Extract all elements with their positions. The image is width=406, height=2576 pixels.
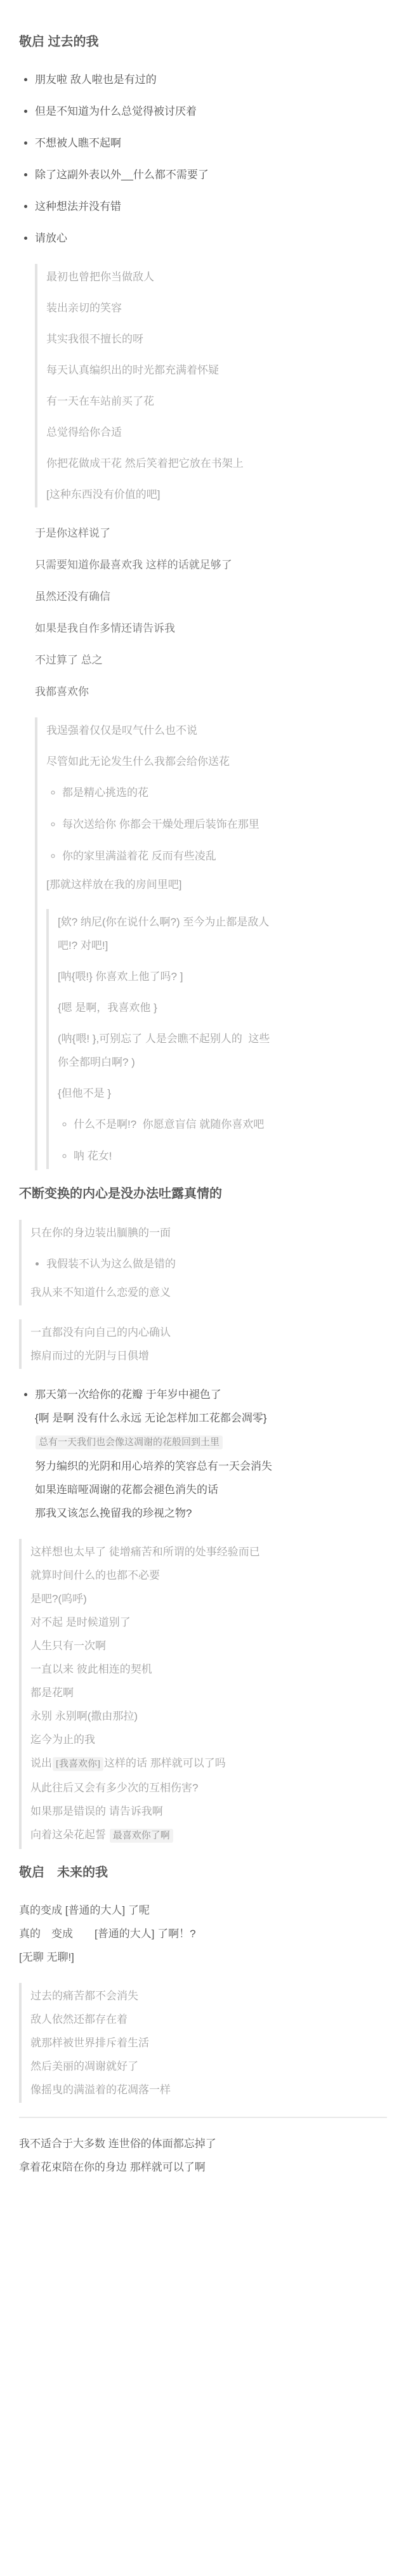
bullet-list: 都是精心挑选的花每次送给你 你都会干燥处理后装饰在那里你的家里满溢着花 反而有些…: [46, 781, 383, 868]
text-run: 尽管如此无论发生什么我都会给你送花: [46, 755, 230, 768]
text-run: 吧!? 对吧!]: [58, 939, 108, 951]
quote-paragraph: 最初也曾把你当做敌人: [46, 265, 383, 289]
text-run: 对不起 是时候道别了: [30, 1616, 131, 1628]
list-item: 你的家里满溢着花 反而有些凌乱: [62, 844, 383, 868]
text-run: {嗯 是啊，我喜欢他 }: [58, 1002, 157, 1014]
text-run: 一直以来 彼此相连的契机: [30, 1663, 152, 1675]
text-run: [无聊 无聊!]: [19, 1951, 74, 1963]
text-run: 人生只有一次啊: [30, 1640, 106, 1652]
text-run: 就那样被世界排斥着生活: [30, 2037, 149, 2049]
divider: [19, 2117, 387, 2118]
text-run: 我从来不知道什么恋爱的意义: [30, 1286, 171, 1298]
list-item: 朋友啦 敌人啦也是有过的: [35, 68, 387, 91]
text-run: 努力编织的光阴和用心培养的笑容总有一天会消失: [35, 1460, 272, 1472]
quote-block: 这样想也太早了 徒增痛苦和所谓的处事经验而已就算时间什么的也都不必要是吧?(呜呼…: [19, 1539, 387, 1849]
text-run: [那就这样放在我的房间里吧]: [46, 879, 181, 891]
text-run: [呐{喂!} 你喜欢上他了吗? ]: [58, 971, 183, 983]
paragraph: 真的变成 [普通的大人] 了呢真的 变成 [普通的大人] 了啊！?[无聊 无聊!…: [19, 1899, 387, 1969]
quote-block: 只在你的身边装出腼腆的一面我假装不认为这么做是错的我从来不知道什么恋爱的意义: [19, 1220, 387, 1305]
section-heading: 敬启 过去的我: [19, 32, 387, 51]
text-run: 其实我很不擅长的呀: [46, 333, 143, 345]
text-run: 如果是我自作多情还请告诉我: [35, 622, 175, 634]
bullet-list: 什么不是啊!? 你愿意盲信 就随你喜欢吧呐 花女!: [58, 1113, 379, 1168]
text-run: 过去的痛苦都不会消失: [30, 1990, 138, 2002]
list-item: 不想被人瞧不起啊: [35, 131, 387, 155]
quote-block: 最初也曾把你当做敌人装出亲切的笑容其实我很不擅长的呀每天认真编织出的时光都充满着…: [35, 264, 387, 507]
quote-paragraph: [欸? 纳尼(你在说什么啊?) 至今为止都是敌人吧!? 对吧!]: [58, 910, 379, 957]
text-run: 那天第一次给你的花瓣 于年岁中褪色了: [35, 1389, 221, 1401]
text-run: 都是精心挑选的花: [62, 787, 148, 799]
inline-code: 总有一天我们也会像这凋谢的花般回到土里: [36, 1435, 223, 1449]
quote-paragraph: 我逞强着仅仅是叹气什么也不说: [46, 719, 383, 742]
document-page: { "page_title": "敬启 过去的我", "palette": { …: [0, 0, 406, 2576]
text-run: 向着这朵花起誓: [30, 1829, 109, 1841]
paragraph: 只需要知道你最喜欢我 这样的话就足够了: [35, 553, 387, 577]
text-run: {啊 是啊 没有什么永远 无论怎样加工花都会凋零}: [35, 1412, 267, 1424]
text-run: 如果连暗哑凋谢的花都会褪色消失的话: [35, 1484, 218, 1496]
quote-paragraph: 你把花做成干花 然后笑着把它放在书架上: [46, 452, 383, 475]
text-run: 然后美丽的凋谢就好了: [30, 2060, 138, 2072]
text-run: 我逞强着仅仅是叹气什么也不说: [46, 724, 197, 736]
quote-block: 我逞强着仅仅是叹气什么也不说尽管如此无论发生什么我都会给你送花都是精心挑选的花每…: [35, 717, 387, 1170]
quote-paragraph: 一直都没有向自己的内心确认擦肩而过的光阴与日俱增: [30, 1321, 383, 1368]
bullet-list: 朋友啦 敌人啦也是有过的但是不知道为什么总觉得被讨厌着不想被人瞧不起啊除了这副外…: [19, 68, 387, 250]
quote-paragraph: (呐{喂! },可别忘了 人是会瞧不起别人的 这些你全都明白啊? ): [58, 1027, 379, 1074]
article: 敬启 过去的我朋友啦 敌人啦也是有过的但是不知道为什么总觉得被讨厌着不想被人瞧不…: [0, 0, 406, 2213]
text-run: 敌人依然还都存在着: [30, 2013, 128, 2025]
text-run: 我不适合于大多数 连世俗的体面都忘掉了: [19, 2138, 216, 2150]
quote-paragraph: 每天认真编织出的时光都充满着怀疑: [46, 358, 383, 382]
quote-paragraph: 我从来不知道什么恋爱的意义: [30, 1281, 383, 1304]
text-run: 这种想法并没有错: [35, 200, 121, 212]
quote-paragraph: 这样想也太早了 徒增痛苦和所谓的处事经验而已就算时间什么的也都不必要是吧?(呜呼…: [30, 1540, 383, 1848]
text-run: 擦肩而过的光阴与日俱增: [30, 1350, 149, 1362]
quote-paragraph: 总觉得给你合适: [46, 421, 383, 444]
section-heading: 不断变换的内心是没办法吐露真情的: [19, 1184, 387, 1203]
quote-paragraph: [呐{喂!} 你喜欢上他了吗? ]: [58, 965, 379, 988]
quote-block: 一直都没有向自己的内心确认擦肩而过的光阴与日俱增: [19, 1319, 387, 1369]
text-run: 这样想也太早了 徒增痛苦和所谓的处事经验而已: [30, 1546, 260, 1558]
nested-quote-block: [欸? 纳尼(你在说什么啊?) 至今为止都是敌人吧!? 对吧!][呐{喂!} 你…: [46, 909, 383, 1169]
list-item: 但是不知道为什么总觉得被讨厌着: [35, 100, 387, 123]
quote-paragraph: [那就这样放在我的房间里吧]: [46, 873, 383, 896]
text-run: 虽然还没有确信: [35, 591, 110, 603]
list-item: 我假装不认为这么做是错的: [46, 1252, 383, 1276]
text-run: 但是不知道为什么总觉得被讨厌着: [35, 105, 197, 117]
text-run: 如果那是错误的 请告诉我啊: [30, 1805, 163, 1817]
list-item: 除了这副外表以外__什么都不需要了: [35, 163, 387, 186]
quote-paragraph: 只在你的身边装出腼腆的一面: [30, 1221, 383, 1245]
text-run: 一直都没有向自己的内心确认: [30, 1326, 171, 1338]
text-run: 最初也曾把你当做敌人: [46, 271, 154, 283]
text-run: 永别 永别啊(撒由那拉): [30, 1710, 138, 1722]
text-run: 像摇曳的满溢着的花凋落一样: [30, 2084, 171, 2096]
quote-paragraph: {但他不是 }: [58, 1082, 379, 1105]
text-run: 我都喜欢你: [35, 686, 89, 698]
list-item: 呐 花女!: [74, 1144, 379, 1168]
section-heading: 敬启 未来的我: [19, 1863, 387, 1882]
text-run: 每次送给你 你都会干燥处理后装饰在那里: [62, 818, 259, 830]
list-item: 请放心: [35, 226, 387, 250]
text-run: 我假装不认为这么做是错的: [46, 1258, 176, 1270]
text-run: 你把花做成干花 然后笑着把它放在书架上: [46, 457, 244, 469]
text-run: 什么不是啊!? 你愿意盲信 就随你喜欢吧: [74, 1118, 264, 1130]
inline-code: 最喜欢你了啊: [110, 1829, 173, 1843]
text-run: 真的变成 [普通的大人] 了呢: [19, 1904, 150, 1916]
list-item: 这种想法并没有错: [35, 195, 387, 218]
text-run: 不过算了 总之: [35, 654, 103, 666]
quote-paragraph: [这种东西没有价值的吧]: [46, 483, 383, 506]
paragraph: 如果是我自作多情还请告诉我: [35, 617, 387, 640]
text-run: 你全都明白啊? ): [58, 1056, 135, 1068]
paragraph: 于是你这样说了: [35, 521, 387, 545]
paragraph: 我都喜欢你: [35, 680, 387, 703]
list-item: 什么不是啊!? 你愿意盲信 就随你喜欢吧: [74, 1113, 379, 1136]
text-run: {但他不是 }: [58, 1087, 111, 1099]
text-run: 请放心: [35, 232, 67, 244]
paragraph: 虽然还没有确信: [35, 585, 387, 608]
paragraph: 我不适合于大多数 连世俗的体面都忘掉了拿着花束陪在你的身边 那样就可以了啊: [19, 2132, 387, 2179]
quote-paragraph: 其实我很不擅长的呀: [46, 327, 383, 351]
text-run: 那我又该怎么挽留我的珍视之物?: [35, 1507, 192, 1519]
text-run: 每天认真编织出的时光都充满着怀疑: [46, 364, 219, 376]
text-run: 从此往后又会有多少次的互相伤害?: [30, 1782, 198, 1794]
quote-paragraph: {嗯 是啊，我喜欢他 }: [58, 996, 379, 1019]
text-run: 就算时间什么的也都不必要: [30, 1569, 160, 1581]
bullet-list: 那天第一次给你的花瓣 于年岁中褪色了{啊 是啊 没有什么永远 无论怎样加工花都会…: [19, 1383, 387, 1525]
text-run: 总觉得给你合适: [46, 426, 122, 438]
list-item: 那天第一次给你的花瓣 于年岁中褪色了{啊 是啊 没有什么永远 无论怎样加工花都会…: [35, 1383, 387, 1525]
text-run: 装出亲切的笑容: [46, 302, 122, 314]
text-run: (呐{喂! },可别忘了 人是会瞧不起别人的 这些: [58, 1033, 270, 1045]
text-run: 有一天在车站前买了花: [46, 395, 154, 407]
quote-paragraph: 过去的痛苦都不会消失敌人依然还都存在着就那样被世界排斥着生活然后美丽的凋谢就好了…: [30, 1984, 383, 2102]
text-run: 只在你的身边装出腼腆的一面: [30, 1227, 171, 1239]
text-run: 呐 花女!: [74, 1150, 112, 1162]
quote-paragraph: 装出亲切的笑容: [46, 296, 383, 320]
text-run: 除了这副外表以外__什么都不需要了: [35, 169, 209, 181]
text-run: 只需要知道你最喜欢我 这样的话就足够了: [35, 559, 232, 571]
text-run: 真的 变成 [普通的大人] 了啊！?: [19, 1928, 196, 1940]
text-run: 迄今为止的我: [30, 1734, 95, 1746]
text-run: 不想被人瞧不起啊: [35, 137, 121, 149]
text-run: [欸? 纳尼(你在说什么啊?) 至今为止都是敌人: [58, 916, 269, 928]
text-run: 朋友啦 敌人啦也是有过的: [35, 74, 157, 86]
list-item: 每次送给你 你都会干燥处理后装饰在那里: [62, 813, 383, 836]
text-run: 说出: [30, 1757, 52, 1769]
text-run: 你的家里满溢着花 反而有些凌乱: [62, 850, 216, 862]
list-item: 都是精心挑选的花: [62, 781, 383, 804]
paragraph: 不过算了 总之: [35, 648, 387, 672]
text-run: [这种东西没有价值的吧]: [46, 488, 160, 500]
text-run: 都是花啊: [30, 1687, 74, 1699]
quote-block: 过去的痛苦都不会消失敌人依然还都存在着就那样被世界排斥着生活然后美丽的凋谢就好了…: [19, 1983, 387, 2103]
inline-code: [我喜欢你]: [53, 1757, 103, 1771]
text-run: 这样的话 那样就可以了吗: [104, 1757, 226, 1769]
quote-paragraph: 尽管如此无论发生什么我都会给你送花: [46, 750, 383, 773]
text-run: 拿着花束陪在你的身边 那样就可以了啊: [19, 2161, 206, 2173]
quote-paragraph: 有一天在车站前买了花: [46, 389, 383, 413]
text-run: 是吧?(呜呼): [30, 1593, 87, 1605]
bullet-list: 我假装不认为这么做是错的: [30, 1252, 383, 1276]
text-run: 于是你这样说了: [35, 527, 110, 539]
